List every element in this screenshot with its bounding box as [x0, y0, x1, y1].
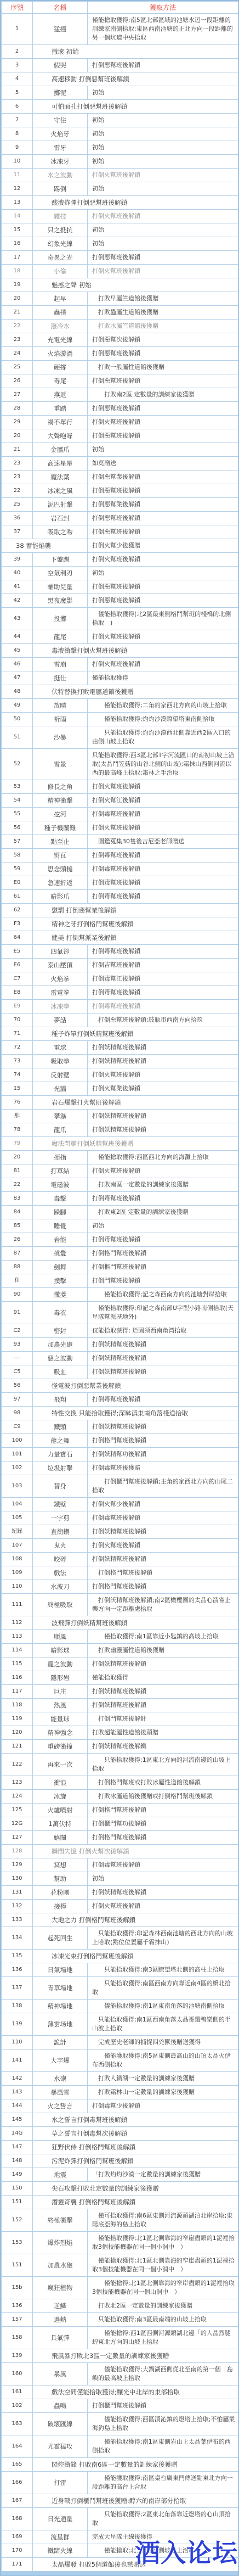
name-cell: 幻象光線	[33, 237, 88, 251]
method-cell: 打倒妖精幫班後解鎖	[88, 1657, 238, 1671]
row-number-cell: 85	[2, 1219, 33, 1233]
method-cell: 打倒毒幫班後解鎖	[88, 1192, 238, 1206]
row-number-cell: 116	[2, 1671, 33, 1685]
name-cell: 守住	[33, 114, 88, 127]
name-cell: 蟲鳴	[33, 2399, 88, 2413]
table-row: 37吸取之吻打倒惡幫班後解鎖	[2, 525, 238, 539]
table-row: 55挖河打倒毒幫班後解鎖	[2, 808, 238, 821]
row-number-cell: 165	[2, 2458, 33, 2472]
method-cell: 打倒火幫班後解鎖	[88, 630, 238, 644]
row-number-cell: 45	[2, 644, 33, 658]
name-cell: 反射壁	[33, 1068, 88, 1082]
name-cell: 能量球	[33, 1712, 88, 1726]
row-number-cell: 110	[2, 1580, 33, 1594]
method-cell: 仅能拾取获得; 烂固须西南角湾拾取	[88, 1324, 238, 1338]
row-number-cell: 42	[2, 594, 33, 608]
method-cell: 打敗超能屬性道館後頭贈	[88, 1726, 238, 1740]
name-cell: 擲泥	[33, 86, 88, 100]
method-cell: 打倒火幫班後解鎖	[88, 416, 238, 429]
row-number-cell: 91	[2, 1302, 33, 1324]
method-cell: 初始	[88, 114, 238, 127]
name-cell: 嬉鬧	[33, 1831, 88, 1845]
row-number-cell: 27	[2, 388, 33, 402]
row-number-cell: 23	[2, 471, 33, 484]
method-cell: 只能拾取獲得;灼灼沙漠西北側靠近西2區入口的由側山坡上拾取	[88, 726, 238, 749]
name-cell: 精神場地	[33, 2000, 88, 2013]
name-cell: 火之誓言	[33, 2099, 88, 2113]
name-cell: 高速星星	[33, 457, 88, 471]
row-number-cell: 56	[2, 1379, 33, 1393]
row-number-cell: 29	[2, 416, 33, 429]
table-row: 151潛靈奇襲 打倒格鬥幫班後解鎖	[2, 2196, 238, 2209]
method-cell: 打倒火幫班後解鎖	[88, 1164, 238, 1178]
method-cell: 打倒火幫少後解鎖	[88, 1498, 238, 1511]
row-number-cell: 127	[2, 1831, 33, 1845]
row-number-cell: 22	[2, 484, 33, 498]
method-cell: 打倒櫃鬥幫班後解鎖	[88, 2399, 238, 2413]
table-row: 39下盤踢打倒火幫班後解鎖	[2, 553, 238, 567]
row-number-cell: 18	[2, 265, 33, 278]
table-row: 139飛風暴打敗北3區一定數量的訓練家後獲贈	[2, 2349, 238, 2363]
row-number-cell: 113	[2, 1630, 33, 1644]
name-method-cell: 近身戰打倒櫃鬥幫班後獲贈:醇六的南岸部分拾取	[33, 2494, 238, 2508]
name-method-cell: 種子炸單打倒妖精幫班後解鎖	[33, 1027, 238, 1041]
table-row: 134起死回生 只能拾取獲得;印記森林西南池塘的西北方向的山坡上哈取(點位位置屬…	[2, 1927, 238, 1950]
row-number-cell: 103	[2, 1475, 33, 1498]
row-number-cell: 100	[2, 1434, 33, 1448]
row-number-cell: 15	[2, 1082, 33, 1096]
table-row: 19魅惑之聲 初始	[2, 278, 238, 292]
name-cell: 雪景	[33, 749, 88, 780]
table-row: 97飛翔打倒毒幫班後解鎖	[2, 1393, 238, 1407]
name-cell: 撒菱	[33, 1288, 88, 1302]
row-number-cell: 55	[2, 808, 33, 821]
table-row: 171太晶爆發 打敗5個道館後也慈贈送	[2, 2558, 238, 2572]
name-cell: 祈雨	[33, 713, 88, 726]
row-number-cell: 24	[2, 347, 33, 361]
row-number-cell: 119	[2, 1712, 33, 1726]
table-row: 120精神強念打敗超能屬性道館後頭贈	[2, 1726, 238, 1740]
row-number-cell: 21	[2, 443, 33, 457]
row-number-cell: 97	[2, 1393, 33, 1407]
name-cell: 鬼火	[33, 1539, 88, 1553]
name-cell: 青草場地	[33, 1977, 88, 2000]
method-cell: 打倒火幫班後解鎖	[88, 169, 238, 182]
name-cell: 點至止	[33, 835, 88, 849]
table-row: 70夢話 打倒惡幫班後解鎖;玻瓶市西南方向拾玖	[2, 1013, 238, 1027]
table-row: 165閃焢衝鋒 打敗南6區一定數量的訓練家後獲贈	[2, 2458, 238, 2472]
name-cell: 暴風雪	[33, 2086, 88, 2099]
method-cell: 僅能拾取獲得	[88, 671, 238, 685]
table-row: 48伏特替換打敗電屬道館後獲贈	[2, 685, 238, 699]
table-row: 64健美 打倒幫派業後解鎖	[2, 931, 238, 945]
table-row: 13酸液炸彈打倒惡幫班後解鎖	[2, 196, 238, 210]
table-row: 136日氣場地 只能拾取獲得;南3區瞭望塔北側的高柱上拾取	[2, 1963, 238, 1977]
row-number-cell: 39	[2, 553, 33, 567]
table-row: 101力量寶石打倒妖精幫功後解鎖	[2, 1448, 238, 1461]
name-method-cell: 閃焢衝鋒 打敗南6區一定數量的訓練家後獲贈	[33, 2458, 238, 2472]
name-method-cell: 懲罰 打倒惡幫業後解鎖	[33, 904, 238, 917]
method-cell: 打敗一般屬性道館後獲贈	[88, 361, 238, 374]
row-number-cell: 142	[2, 2072, 33, 2086]
row-number-cell: E9	[2, 1000, 33, 1013]
name-method-cell: 魅惑之聲 初始	[33, 278, 238, 292]
row-number-cell: 139	[2, 2013, 33, 2036]
table-row: 148污泥炸彈打倒格鬥幫班後解鎖	[2, 2154, 238, 2168]
name-cell: 雜技	[33, 210, 88, 223]
method-cell: 打敗水屬竺道館後獲贈	[88, 320, 238, 333]
row-number-cell: 153	[2, 2232, 33, 2254]
header-row: 序號 名稱 獲取方法	[2, 2, 238, 14]
table-row: 61暗影爪打倒毒幫班後解鎖	[2, 890, 238, 904]
method-cell: 打倒妖精幫班後解鎖	[88, 1338, 238, 1352]
row-number-cell: 23	[2, 333, 33, 347]
method-cell: 打倒火幫業後解鎖	[88, 1082, 238, 1096]
table-row: 170鐵蹄火線 僅能搶取;北3區錄互側坡路上治取	[2, 2544, 238, 2558]
table-row: 128瞬間失憶 打倒火幫次後解鎖	[2, 1845, 238, 1858]
table-row: 85睡覺初始	[2, 1219, 238, 1233]
name-cell: 挖河	[33, 808, 88, 821]
table-row: 2撒壞 初始	[2, 45, 238, 59]
row-number-cell: 133	[2, 1913, 33, 1927]
table-row: 104鐵壁打倒火幫少後解鎖	[2, 1498, 238, 1511]
table-row: 114暗影球 打敗幽靈屬性道館後獲贈	[2, 1644, 238, 1657]
row-number-cell: 20	[2, 292, 33, 306]
table-row: 4高速移動 打倒惡幫班後解鎖	[2, 72, 238, 86]
table-row: 12踢倒初始	[2, 182, 238, 196]
name-cell: 攀瀑	[33, 1110, 88, 1123]
row-number-cell: 71	[2, 1027, 33, 1041]
method-cell: 僅能拾取獲得;北1區北側靠海的窄崖盡頭的1泥裡拾取3個技能機器在同一個小洞中 ）	[88, 2232, 238, 2254]
name-cell: 猛撞	[33, 14, 88, 45]
row-number-cell: 101	[2, 1448, 33, 1461]
table-row: 22電磁波 打敗南區一定數量的訓練家後獲贈	[2, 1178, 238, 1192]
row-number-cell: 160	[2, 2363, 33, 2385]
table-row: 83毒擊打倒毒幫班後解鎖	[2, 1192, 238, 1206]
method-cell: 打敗東2區 定數量的訓練家後獲贈	[88, 1206, 238, 1219]
row-number-cell: 109	[2, 1566, 33, 1580]
table-row: 54精神衝擊打倒火幫江後解鎖	[2, 794, 238, 808]
table-row: 158具氣彈 僅能搶得;西1區西側河源頭湖北邊「的人晶烈腿蝗東北方向的山坡上拾取	[2, 2327, 238, 2349]
row-number-cell: 98	[2, 1407, 33, 1420]
method-cell: 打倒妖精幫班後解鐵	[88, 1740, 238, 1754]
method-cell: 打倒妖精幫班後解鎖	[88, 1886, 238, 1900]
row-number-cell: 167	[2, 2494, 33, 2508]
method-cell: 打倒惡幫班後解鎖	[88, 580, 238, 594]
method-cell: 打倒火幫班後解鎖	[88, 553, 238, 567]
table-row: 10冰凍牙初始	[2, 155, 238, 169]
row-number-cell: 6	[2, 100, 33, 114]
table-row: 91毒衣 僅能拾取獲得;印記之森南部U字型小路南側拾取(天星隊幫派基地外)	[2, 1302, 238, 1324]
table-row: 9雷牙初始	[2, 141, 238, 155]
row-number-cell: 145	[2, 2113, 33, 2127]
table-row: E0急速折返打倒毒幫班後解鎖	[2, 876, 238, 890]
name-cell: 詭計	[33, 2036, 88, 2049]
name-cell: 龍尾	[33, 630, 88, 644]
method-cell: 打倒妖精幫班後解鎖	[88, 1352, 238, 1365]
row-number-cell: 93	[2, 1338, 33, 1352]
name-cell: 日氣場地	[33, 1963, 88, 1977]
name-cell: 冰凍牙	[33, 155, 88, 169]
row-number-cell: 150	[2, 2182, 33, 2196]
name-method-cell: 水之誓言打倒毒幫班後解鎖	[33, 2113, 238, 2127]
method-cell: 僅能護取獲得;南區桌台廣東門傳送點東北方向一段距離的高台上合取	[88, 2472, 238, 2494]
table-row: 56種子機關難打倒火幫班後解鎖	[2, 821, 238, 835]
method-cell: 僅能搶得;西1區西側河源頭湖北邊「的人晶烈腿蝗東北方向的山坡上拾取	[88, 2327, 238, 2349]
row-number-name-cell: 38 蓄能焰襲	[2, 539, 88, 553]
table-row: 107鬼火打倒火幫班後解鎖	[2, 1539, 238, 1553]
method-cell: 打倒毒幫班後解鎖	[88, 1000, 238, 1013]
table-row: 87挑釁打倒格鬥幫班後解鎖	[2, 1247, 238, 1261]
row-number-cell: 148	[2, 2154, 33, 2168]
method-cell: 打倒妖精幫班後解鎖	[88, 1525, 238, 1539]
table-row: 130幫助初始	[2, 1872, 238, 1886]
row-number-cell: 88	[2, 1261, 33, 1274]
table-row: 102垃圾射擊打倒毒幫班後獲賠	[2, 1461, 238, 1475]
table-row: E9冰凍拳打倒毒幫班後解鎖	[2, 1000, 238, 1013]
name-cell: 隱形岩	[33, 1671, 88, 1685]
table-row: 57點至止 圖鑑蒐集30隻後吉尼亞老師贈送	[2, 835, 238, 849]
row-number-cell: 22	[2, 320, 33, 333]
method-cell: 只能拾取獲得;2區東北角落靠近燈塔的心山頂拾取	[88, 2508, 238, 2530]
method-cell: 打倒毒幫班後解鎖	[88, 876, 238, 890]
name-cell: 巨庄	[33, 1685, 88, 1699]
name-cell: 替身	[33, 1475, 88, 1498]
method-cell: 完成歷史老師的捕捉四兇獸後贈送獲得	[88, 2036, 238, 2049]
method-cell: 打倒妖精幫班後解鎖	[88, 1123, 238, 1137]
row-number-cell: 134	[2, 1927, 33, 1950]
table-row: 145水之誓言打倒毒幫班後解鎖	[2, 2113, 238, 2127]
name-cell: 打雷	[33, 2472, 88, 2494]
name-cell: 精神衝擊	[33, 794, 88, 808]
method-cell: 打倒格鬥幫班或打敗冰屬性道館後解鎖	[88, 1776, 238, 1790]
row-number-cell: 125	[2, 1804, 33, 1817]
table-row: 143暴風雪 打敗霜林山一定數量的訓練家後獲贈	[2, 2086, 238, 2099]
table-frame: 序號 名稱 獲取方法 1猛撞僅能搶取獲得;南5區北部區域的池塘水辺一段距離的訓練…	[0, 0, 239, 2572]
table-row: 117巨庄打倒妖精幫班後解鎖	[2, 1685, 238, 1699]
row-number-cell: 9	[2, 141, 33, 155]
table-row: 123衝浪 打倒格鬥幫班或打敗冰屬性道館後解鎖	[2, 1776, 238, 1790]
method-cell: 僅能搶取獲得;西區西北方向的海灘上拾取	[88, 1151, 238, 1164]
table-row: 157過熱 只能拾取獲得;南3區最南端的山坡上拾取	[2, 2313, 238, 2327]
row-number-cell: 4	[2, 72, 33, 86]
row-number-cell: 123	[2, 1776, 33, 1790]
method-cell: 打敗冰屬道館後獲贈或打倒格鬥幫班後解鎖	[88, 1790, 238, 1804]
row-number-cell: 136	[2, 1963, 33, 1977]
row-number-cell: 124	[2, 1790, 33, 1804]
method-cell: 僅能搶取獲得;北1區北側靠海的窄崖盡頭的1泥裡拾取3個技能機器在同一個小洞中 ）	[88, 2254, 238, 2277]
table-row: 109戲法 打倒格鬥幫班後解鎖	[2, 1566, 238, 1580]
method-cell: 初始	[88, 567, 238, 580]
name-method-cell: 毒液衝擊打倒火幫班後解鎖	[33, 644, 238, 658]
name-cell: 熱風	[33, 1699, 88, 1712]
method-cell: 初始	[88, 223, 238, 237]
name-cell: 惡之波動	[33, 1352, 88, 1365]
name-cell: 揮指	[33, 1151, 88, 1164]
row-number-cell: 37	[2, 525, 33, 539]
row-number-cell: 26	[2, 1233, 33, 1247]
method-cell: 打倒妖精幫班後解鎖	[88, 1365, 238, 1379]
method-cell: 只能拾取獲得;南3區最南端的山坡上拾取	[88, 2313, 238, 2327]
name-cell: 地震	[33, 2168, 88, 2182]
method-cell: 初始	[88, 127, 238, 141]
row-number-cell: 143	[2, 2086, 33, 2099]
row-number-cell: 7	[2, 114, 33, 127]
row-number-cell: 26	[2, 374, 33, 388]
row-number-cell: 57	[2, 835, 33, 849]
name-cell: 順風	[33, 1630, 88, 1644]
table-row: 和撲擊打倒鬥幫班後解鎖	[2, 1274, 238, 1288]
row-number-cell: E0	[2, 876, 33, 890]
row-number-cell: 53	[2, 780, 33, 794]
method-cell: 打倒惡幫業後解鎖	[88, 498, 238, 512]
row-number-cell: 46	[2, 658, 33, 671]
name-cell: 水波刀	[33, 1580, 88, 1594]
name-cell: 吸取拳	[33, 1055, 88, 1068]
name-cell: 龍爪	[33, 1123, 88, 1137]
tm-acquisition-table: 序號 名稱 獲取方法 1猛撞僅能搶取獲得;南5區北部區域的池塘水辺一段距離的訓練…	[1, 1, 238, 2572]
method-cell: 打倒火幫班後解鎖	[88, 780, 238, 794]
row-number-cell: 15b	[2, 2277, 33, 2299]
table-row: 45毒液衝擊打倒火幫班後解鎖	[2, 644, 238, 658]
name-cell: 黑夜魔影	[33, 594, 88, 608]
row-number-cell: 17	[2, 251, 33, 265]
name-cell: 終極吸取	[33, 1594, 88, 1616]
method-cell: 僅能拾取獲得;記之森西南方向的池塘對岸拾取	[88, 1288, 238, 1302]
method-cell: 打倒惡幫班後解鎖	[88, 59, 238, 72]
name-cell: 雷牙	[33, 141, 88, 155]
table-row: C9鐵頭打倒妖精幫班後解鎖	[2, 1420, 238, 1434]
table-row: 26毒尾打倒惡幫班後解鎖	[2, 374, 238, 388]
table-row: 38 蓄能焰襲打倒火幫少後獲贈	[2, 539, 238, 553]
row-number-cell: C2	[2, 1324, 33, 1338]
method-cell: 僅能拾取獲得	[88, 1671, 238, 1685]
name-cell: 尤霍猛攻	[33, 2435, 88, 2458]
table-row: 151加農水砲 僅能搶取獲得;北1區北側靠海的窄崖盡頭的1泥裡拾取3個技能機器在…	[2, 2254, 238, 2277]
method-cell: 打倒毒幫班後解鎖	[88, 1233, 238, 1247]
method-cell: 只能拾取獲得;印記森林西南池塘的西北方向的山坡上哈取(點位位置屬千霜抹山)	[88, 1927, 238, 1950]
row-number-cell: 102	[2, 1461, 33, 1475]
table-row: —惡之波動打倒妖精幫班後解鎖	[2, 1352, 238, 1365]
name-cell: 挑釁	[33, 1247, 88, 1261]
table-row: 27燕返 打敗南2區 定數量的訓練家後獲贈	[2, 388, 238, 402]
table-row: 127嬉鬧打倒格鬥幫班後解鎖	[2, 1831, 238, 1845]
name-cell: 毒擊	[33, 1192, 88, 1206]
method-cell: 打敗霜林山一定數量的訓練家後獲贈	[88, 2086, 238, 2099]
method-cell: 僅能搶取獲得;南5區北部區域的池塘水辺一段距離的訓練家南側拾取;東區西南池塘的正…	[88, 14, 238, 45]
name-cell: 密封	[33, 1324, 88, 1338]
row-number-cell: 111	[2, 1594, 33, 1616]
row-number-cell: 64	[2, 931, 33, 945]
table-row: 115龍之波動打倒妖精幫班後解鎖	[2, 1657, 238, 1671]
row-number-cell: 144	[2, 2099, 33, 2113]
name-cell: 泥巴射擊	[33, 498, 88, 512]
name-cell: 直衝鑽	[33, 1525, 88, 1539]
table-row: 24火焰漩渦打倒惡幫班後解鎖	[2, 347, 238, 361]
name-cell: 吸血	[33, 1365, 88, 1379]
method-cell: 打倒惡幫班後解鎖	[88, 251, 238, 265]
method-cell: 打倒妖精幫班後解鎖	[88, 1553, 238, 1566]
name-cell: 暴風	[33, 2363, 88, 2385]
method-cell: 初始	[88, 182, 238, 196]
table-row: 169流星群完成大星隊主線後獲得	[2, 2530, 238, 2544]
row-number-cell: 21	[2, 306, 33, 320]
table-row: 15光牆打倒火幫業後解鎖	[2, 1082, 238, 1096]
row-number-cell: 115	[2, 1657, 33, 1671]
table-row: 73吸取拳打倒妖精幫班後解鎖	[2, 1055, 238, 1068]
name-method-cell: 撒壞 初始	[33, 45, 238, 59]
row-number-cell: 20	[2, 1151, 33, 1164]
table-row: 23魔法葉打倒惡幫業後解鎖	[2, 471, 238, 484]
method-cell: 打倒惡幫班後解鎖	[88, 374, 238, 388]
method-cell: 儀能拾取獲得;西區漬沁鎮的燈塔上拾取;不怕屬業海釣島上拾取	[88, 2413, 238, 2435]
method-cell: 初始	[88, 155, 238, 169]
name-method-cell: 尖石攻擊打敗北定數量的訓練家後獲贈	[33, 2182, 238, 2196]
table-row: 15只之抵抗初始	[2, 223, 238, 237]
method-cell: 打倒鬥幫班後解針	[88, 1712, 238, 1726]
row-number-cell: 59	[2, 863, 33, 876]
name-cell: 思念頭槌	[33, 863, 88, 876]
method-cell: 打倒惡幫班後解鎖	[88, 429, 238, 443]
row-number-cell: 121	[2, 1740, 33, 1754]
row-number-cell: 50	[2, 713, 33, 726]
method-cell: 打倒毒幫班後獲賠	[88, 1461, 238, 1475]
row-number-cell: E5	[2, 945, 33, 959]
name-method-cell: 太晶爆發 打敗5個道館後也慈贈送	[33, 2558, 238, 2572]
method-cell: 打倒毒幫班後解鎖	[88, 849, 238, 863]
name-method-cell: 冰凍光束打倒格鬥幫班後解鎖	[33, 1950, 238, 1963]
method-cell: 打敗蟲屬生道館後獲贈	[88, 306, 238, 320]
method-cell: 打倒火幫少後獲贈	[88, 539, 238, 553]
method-cell: 如莫贈送	[88, 457, 238, 471]
name-cell: 冰旋	[33, 1790, 88, 1804]
method-cell: 僅可拾取獲得;南6區東側河流源頭湖泊北岸拾取;東陽底亞海的島上拾取	[88, 2209, 238, 2232]
table-row: 56怪電波打倒惡幫業後解鎖	[2, 1379, 238, 1393]
method-cell: 打倒妖精幫班後解鎖	[88, 1041, 238, 1055]
table-row: 124冰旋 打敗冰屬道館後獲贈或打倒格鬥幫班後解鎖	[2, 1790, 238, 1804]
name-method-cell: 狂野伏侍 打倒格鬥幫班後解鎖	[33, 2141, 238, 2154]
name-cell: 火焰漩渦	[33, 347, 88, 361]
table-row: E8雷電拳打倒毒幫班後解鎖	[2, 986, 238, 1000]
method-cell: 打倒惡幫次後解鎖	[88, 333, 238, 347]
row-number-cell: 139	[2, 2349, 33, 2363]
name-cell: 爆炸烈焰	[33, 2232, 88, 2254]
row-number-cell: 164	[2, 2435, 33, 2458]
row-number-cell: 15	[2, 223, 33, 237]
name-method-cell: 特性交換 只能拾取獲得;深缽滇東南角落棧道拾取	[33, 1407, 238, 1420]
row-number-cell: 102	[2, 2399, 33, 2413]
row-number-cell: 157	[2, 2313, 33, 2327]
name-cell: 毒衣	[33, 1302, 88, 1324]
method-cell: 只能拾取獲得;西3區北部T字河流匯口的南初山坡上洽取(太晶鬥笠菇的山谷北側的山坡…	[88, 749, 238, 780]
row-number-cell: 120	[2, 1726, 33, 1740]
table-row: 160暴風 儀能拾取獲得;大鍋湖西側從北至南的第一個「島嶼的最高坡上拾取	[2, 2363, 238, 2385]
method-cell: 打倒毒幫班後解鎖	[88, 986, 238, 1000]
name-cell: 睡覺	[33, 1219, 88, 1233]
row-number-cell: 22	[2, 1178, 33, 1192]
name-cell: 岩能	[33, 1233, 88, 1247]
table-row: 164尤霍猛攻 僅能拾取獲得;南1區東側岩山上太晶葉伊布的西側拾取	[2, 2435, 238, 2458]
row-number-cell: 14	[2, 210, 33, 223]
row-number-cell: C5	[2, 1365, 33, 1379]
method-cell: 僅能搶得;北1區北側靠海的窄岸盡頭的1泥裡拾取3個技能機器在同一個山洞中 ）	[88, 2277, 238, 2299]
name-cell: 奇異之光	[33, 251, 88, 265]
method-cell: 儀能拾取獲得(北2區最東側格鬥幫班的棧橋的北側拾取 )	[88, 608, 238, 630]
name-cell: 毒尾	[33, 374, 88, 388]
row-number-cell: 166	[2, 2472, 33, 2494]
method-cell: 打倒惡幫班後解鎖	[88, 402, 238, 416]
table-row: 14雜技打倒火幫班後解鎖	[2, 210, 238, 223]
